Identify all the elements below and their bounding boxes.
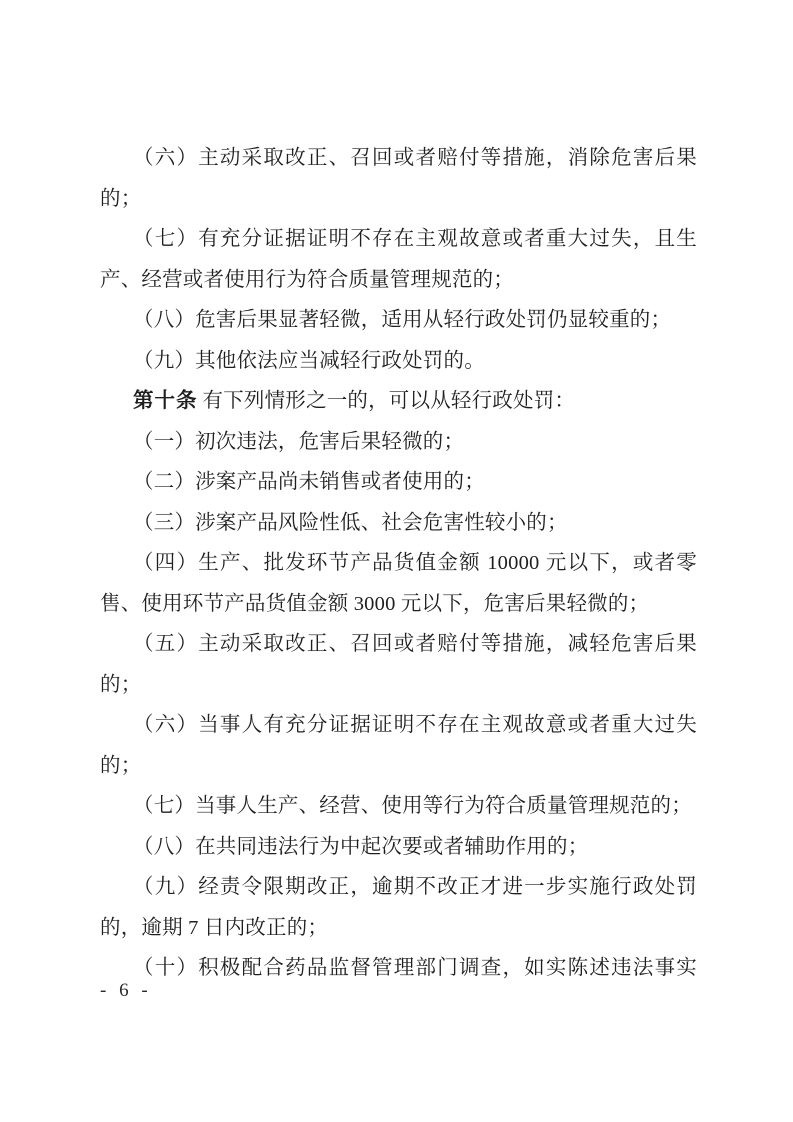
article-number: 第十条 xyxy=(133,389,198,412)
document-line: （九）其他依法应当减轻行政处罚的。 xyxy=(100,341,697,382)
line-text: （九）其他依法应当减轻行政处罚的。 xyxy=(133,350,485,372)
line-text: 的； xyxy=(100,674,141,696)
line-text: （六）当事人有充分证据证明不存在主观故意或者重大过失 xyxy=(133,714,697,736)
document-line: （七）当事人生产、经营、使用等行为符合质量管理规范的； xyxy=(100,786,697,827)
document-line: （八）在共同违法行为中起次要或者辅助作用的； xyxy=(100,827,697,868)
document-line: （十）积极配合药品监督管理部门调查，如实陈述违法事实 xyxy=(100,948,697,989)
page-number: - 6 - xyxy=(100,980,152,1002)
line-text: （八）在共同违法行为中起次要或者辅助作用的； xyxy=(133,836,588,858)
document-line: （九）经责令限期改正，逾期不改正才进一步实施行政处罚 xyxy=(100,867,697,908)
document-line: 售、使用环节产品货值金额 3000 元以下，危害后果轻微的； xyxy=(100,584,697,625)
line-text: （五）主动采取改正、召回或者赔付等措施，减轻危害后果 xyxy=(133,633,697,655)
line-text: 售、使用环节产品货值金额 3000 元以下，危害后果轻微的； xyxy=(100,593,649,615)
document-line: （六）当事人有充分证据证明不存在主观故意或者重大过失 xyxy=(100,705,697,746)
line-text: （九）经责令限期改正，逾期不改正才进一步实施行政处罚 xyxy=(133,876,697,898)
line-text: （十）积极配合药品监督管理部门调查，如实陈述违法事实 xyxy=(133,957,697,979)
line-text: （四）生产、批发环节产品货值金额 10000 元以下，或者零 xyxy=(133,552,697,574)
line-text: （三）涉案产品风险性低、社会危害性较小的； xyxy=(133,512,568,534)
document-line: （七）有充分证据证明不存在主观故意或者重大过失，且生 xyxy=(100,219,697,260)
document-line: 的； xyxy=(100,665,697,706)
line-text: 的，逾期 7 日内改正的； xyxy=(100,917,328,939)
document-line: （六）主动采取改正、召回或者赔付等措施，消除危害后果 xyxy=(100,138,697,179)
document-line: 的； xyxy=(100,179,697,220)
document-body: （六）主动采取改正、召回或者赔付等措施，消除危害后果 的； （七）有充分证据证明… xyxy=(100,138,697,989)
document-line: （三）涉案产品风险性低、社会危害性较小的； xyxy=(100,503,697,544)
line-text: 的； xyxy=(100,755,141,777)
document-line: 的，逾期 7 日内改正的； xyxy=(100,908,697,949)
line-text: （一）初次违法，危害后果轻微的； xyxy=(133,431,464,453)
line-text: 有下列情形之一的，可以从轻行政处罚： xyxy=(203,390,576,412)
line-text: （七）当事人生产、经营、使用等行为符合质量管理规范的； xyxy=(133,795,692,817)
line-text: （二）涉案产品尚未销售或者使用的； xyxy=(133,471,485,493)
document-line: （八）危害后果显著轻微，适用从轻行政处罚仍显较重的； xyxy=(100,300,697,341)
document-line: （二）涉案产品尚未销售或者使用的； xyxy=(100,462,697,503)
document-line: 产、经营或者使用行为符合质量管理规范的； xyxy=(100,260,697,301)
document-line-article: 第十条有下列情形之一的，可以从轻行政处罚： xyxy=(100,381,697,422)
line-text: 产、经营或者使用行为符合质量管理规范的； xyxy=(100,269,514,291)
line-text: （七）有充分证据证明不存在主观故意或者重大过失，且生 xyxy=(133,228,697,250)
document-line: 的； xyxy=(100,746,697,787)
document-page: （六）主动采取改正、召回或者赔付等措施，消除危害后果 的； （七）有充分证据证明… xyxy=(0,0,793,1122)
line-text: （八）危害后果显著轻微，适用从轻行政处罚仍显较重的； xyxy=(133,309,671,331)
document-line: （四）生产、批发环节产品货值金额 10000 元以下，或者零 xyxy=(100,543,697,584)
line-text: 的； xyxy=(100,188,141,210)
document-line: （一）初次违法，危害后果轻微的； xyxy=(100,422,697,463)
line-text: （六）主动采取改正、召回或者赔付等措施，消除危害后果 xyxy=(133,147,697,169)
document-line: （五）主动采取改正、召回或者赔付等措施，减轻危害后果 xyxy=(100,624,697,665)
